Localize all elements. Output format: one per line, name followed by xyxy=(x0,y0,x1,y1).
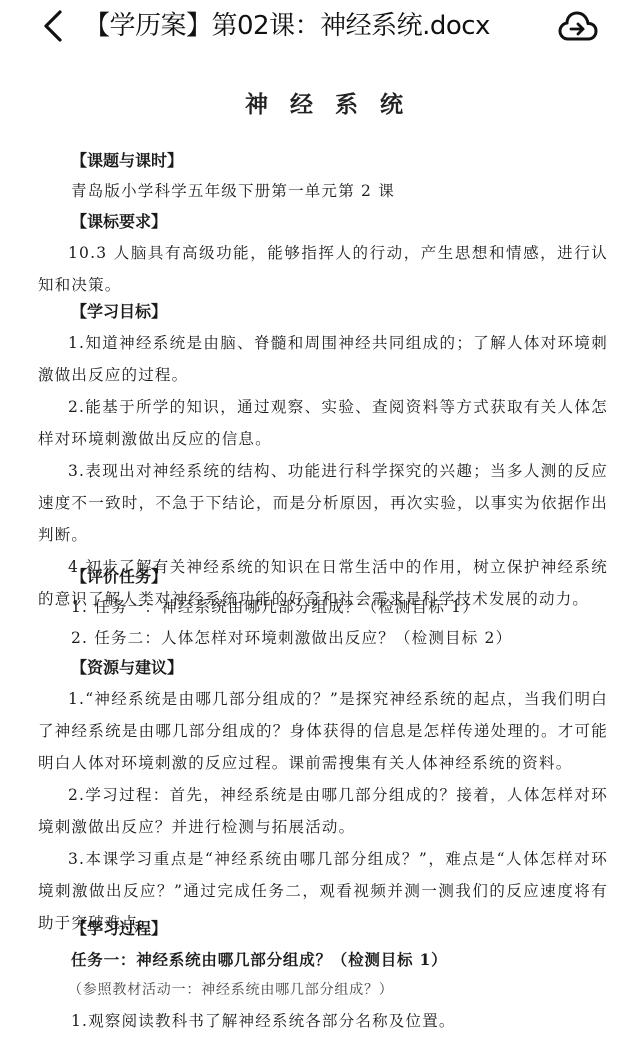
goal-item: 3.表现出对神经系统的结构、功能进行科学探究的兴趣；当多人测的反应速度不一致时，… xyxy=(38,455,608,551)
process-step: 1.观察阅读教科书了解神经系统各部分名称及位置。 xyxy=(71,1006,608,1037)
section-title: 【课标要求】 xyxy=(71,206,608,237)
topic-text: 青岛版小学科学五年级下册第一单元第 2 课 xyxy=(71,176,608,207)
back-button[interactable] xyxy=(38,10,68,46)
goal-item: 2.能基于所学的知识，通过观察、实验、查阅资料等方式获取有关人体怎样对环境刺激做… xyxy=(38,391,608,455)
section-title: 【评价任务】 xyxy=(71,561,608,592)
chevron-left-icon xyxy=(42,9,64,47)
section-title: 【资源与建议】 xyxy=(71,652,608,683)
standard-text: 10.3 人脑具有高级功能，能够指挥人的行动，产生思想和情感，进行认知和决策。 xyxy=(38,237,608,301)
section-resources: 【资源与建议】 1.“神经系统是由哪几部分组成的？”是探究神经系统的起点，当我们… xyxy=(38,652,608,939)
evaluation-item: 1. 任务一：神经系统由哪几部分组成？（检测目标 1） xyxy=(71,592,608,623)
cloud-save-button[interactable] xyxy=(556,8,600,48)
section-title: 【学习过程】 xyxy=(71,913,608,944)
resource-item: 1.“神经系统是由哪几部分组成的？”是探究神经系统的起点，当我们明白了神经系统是… xyxy=(38,683,608,779)
resource-item: 2.学习过程：首先，神经系统是由哪几部分组成的？接着，人体怎样对环境刺激做出反应… xyxy=(38,779,608,843)
task-reference-note: （参照教材活动一：神经系统由哪几部分组成？） xyxy=(68,975,608,1006)
section-process: 【学习过程】 任务一：神经系统由哪几部分组成？（检测目标 1） （参照教材活动一… xyxy=(38,913,608,1037)
section-title: 【课题与课时】 xyxy=(71,145,608,176)
task-one-title: 任务一：神经系统由哪几部分组成？（检测目标 1） xyxy=(71,944,608,975)
top-bar: 【学历案】第02课：神经系统.docx xyxy=(0,0,640,56)
document-title: 【学历案】第02课：神经系统.docx xyxy=(84,8,490,44)
section-title: 【学习目标】 xyxy=(71,296,608,327)
section-evaluation: 【评价任务】 1. 任务一：神经系统由哪几部分组成？（检测目标 1） 2. 任务… xyxy=(38,561,608,654)
cloud-upload-icon xyxy=(558,9,598,47)
evaluation-item: 2. 任务二：人体怎样对环境刺激做出反应？（检测目标 2） xyxy=(71,623,608,654)
section-topic: 【课题与课时】 青岛版小学科学五年级下册第一单元第 2 课 xyxy=(38,145,608,207)
section-standard: 【课标要求】 10.3 人脑具有高级功能，能够指挥人的行动，产生思想和情感，进行… xyxy=(38,206,608,301)
document-heading: 神经系统 xyxy=(0,86,640,119)
goal-item: 1.知道神经系统是由脑、脊髓和周围神经共同组成的；了解人体对环境刺激做出反应的过… xyxy=(38,327,608,391)
